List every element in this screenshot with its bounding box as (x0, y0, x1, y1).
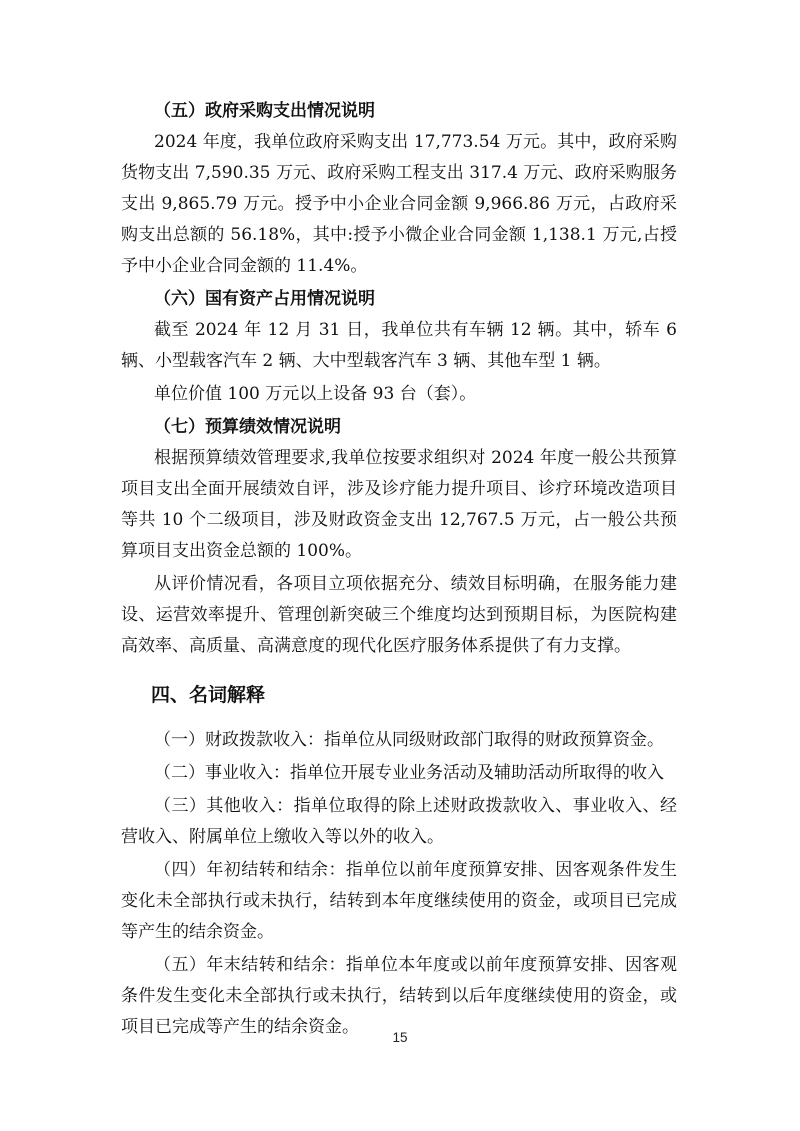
glossary-item-other-income: （三）其他收入：指单位取得的除上述财政拨款收入、事业收入、经营收入、附属单位上缴… (121, 791, 677, 853)
page-footer: 15 (0, 1030, 800, 1045)
glossary-item-operating-income: （二）事业收入：指单位开展专业业务活动及辅助活动所取得的收入 (121, 758, 677, 789)
section-heading-glossary: 四、名词解释 (121, 680, 677, 711)
page-number: 15 (392, 1030, 407, 1045)
paragraph-performance-conclusion: 从评价情况看，各项目立项依据充分、绩效目标明确，在服务能力建设、运营效率提升、管… (121, 569, 677, 662)
section-glossary: 四、名词解释 （一）财政拨款收入：指单位从同级财政部门取得的财政预算资金。 （二… (121, 680, 677, 1043)
section-budget-performance: （七）预算绩效情况说明 根据预算绩效管理要求,我单位按要求组织对 2024 年度… (121, 412, 677, 662)
section-state-assets: （六）国有资产占用情况说明 截至 2024 年 12 月 31 日，我单位共有车… (121, 284, 677, 410)
section-heading-state-assets: （六）国有资产占用情况说明 (121, 284, 677, 315)
section-heading-government-procurement: （五）政府采购支出情况说明 (121, 96, 677, 127)
glossary-item-fiscal-appropriation-income: （一）财政拨款收入：指单位从同级财政部门取得的财政预算资金。 (121, 725, 677, 756)
paragraph-equipment: 单位价值 100 万元以上设备 93 台（套）。 (121, 379, 677, 410)
document-page: （五）政府采购支出情况说明 2024 年度，我单位政府采购支出 17,773.5… (0, 0, 800, 1131)
section-heading-budget-performance: （七）预算绩效情况说明 (121, 412, 677, 443)
section-government-procurement: （五）政府采购支出情况说明 2024 年度，我单位政府采购支出 17,773.5… (121, 96, 677, 282)
glossary-item-beginning-year-carryover: （四）年初结转和结余：指单位以前年度预算安排、因客观条件发生变化未全部执行或未执… (121, 855, 677, 948)
document-content: （五）政府采购支出情况说明 2024 年度，我单位政府采购支出 17,773.5… (121, 96, 677, 1045)
paragraph-vehicles: 截至 2024 年 12 月 31 日，我单位共有车辆 12 辆。其中，轿车 6… (121, 315, 677, 377)
paragraph-government-procurement: 2024 年度，我单位政府采购支出 17,773.54 万元。其中，政府采购货物… (121, 127, 677, 282)
paragraph-performance-self-evaluation: 根据预算绩效管理要求,我单位按要求组织对 2024 年度一般公共预算项目支出全面… (121, 443, 677, 567)
